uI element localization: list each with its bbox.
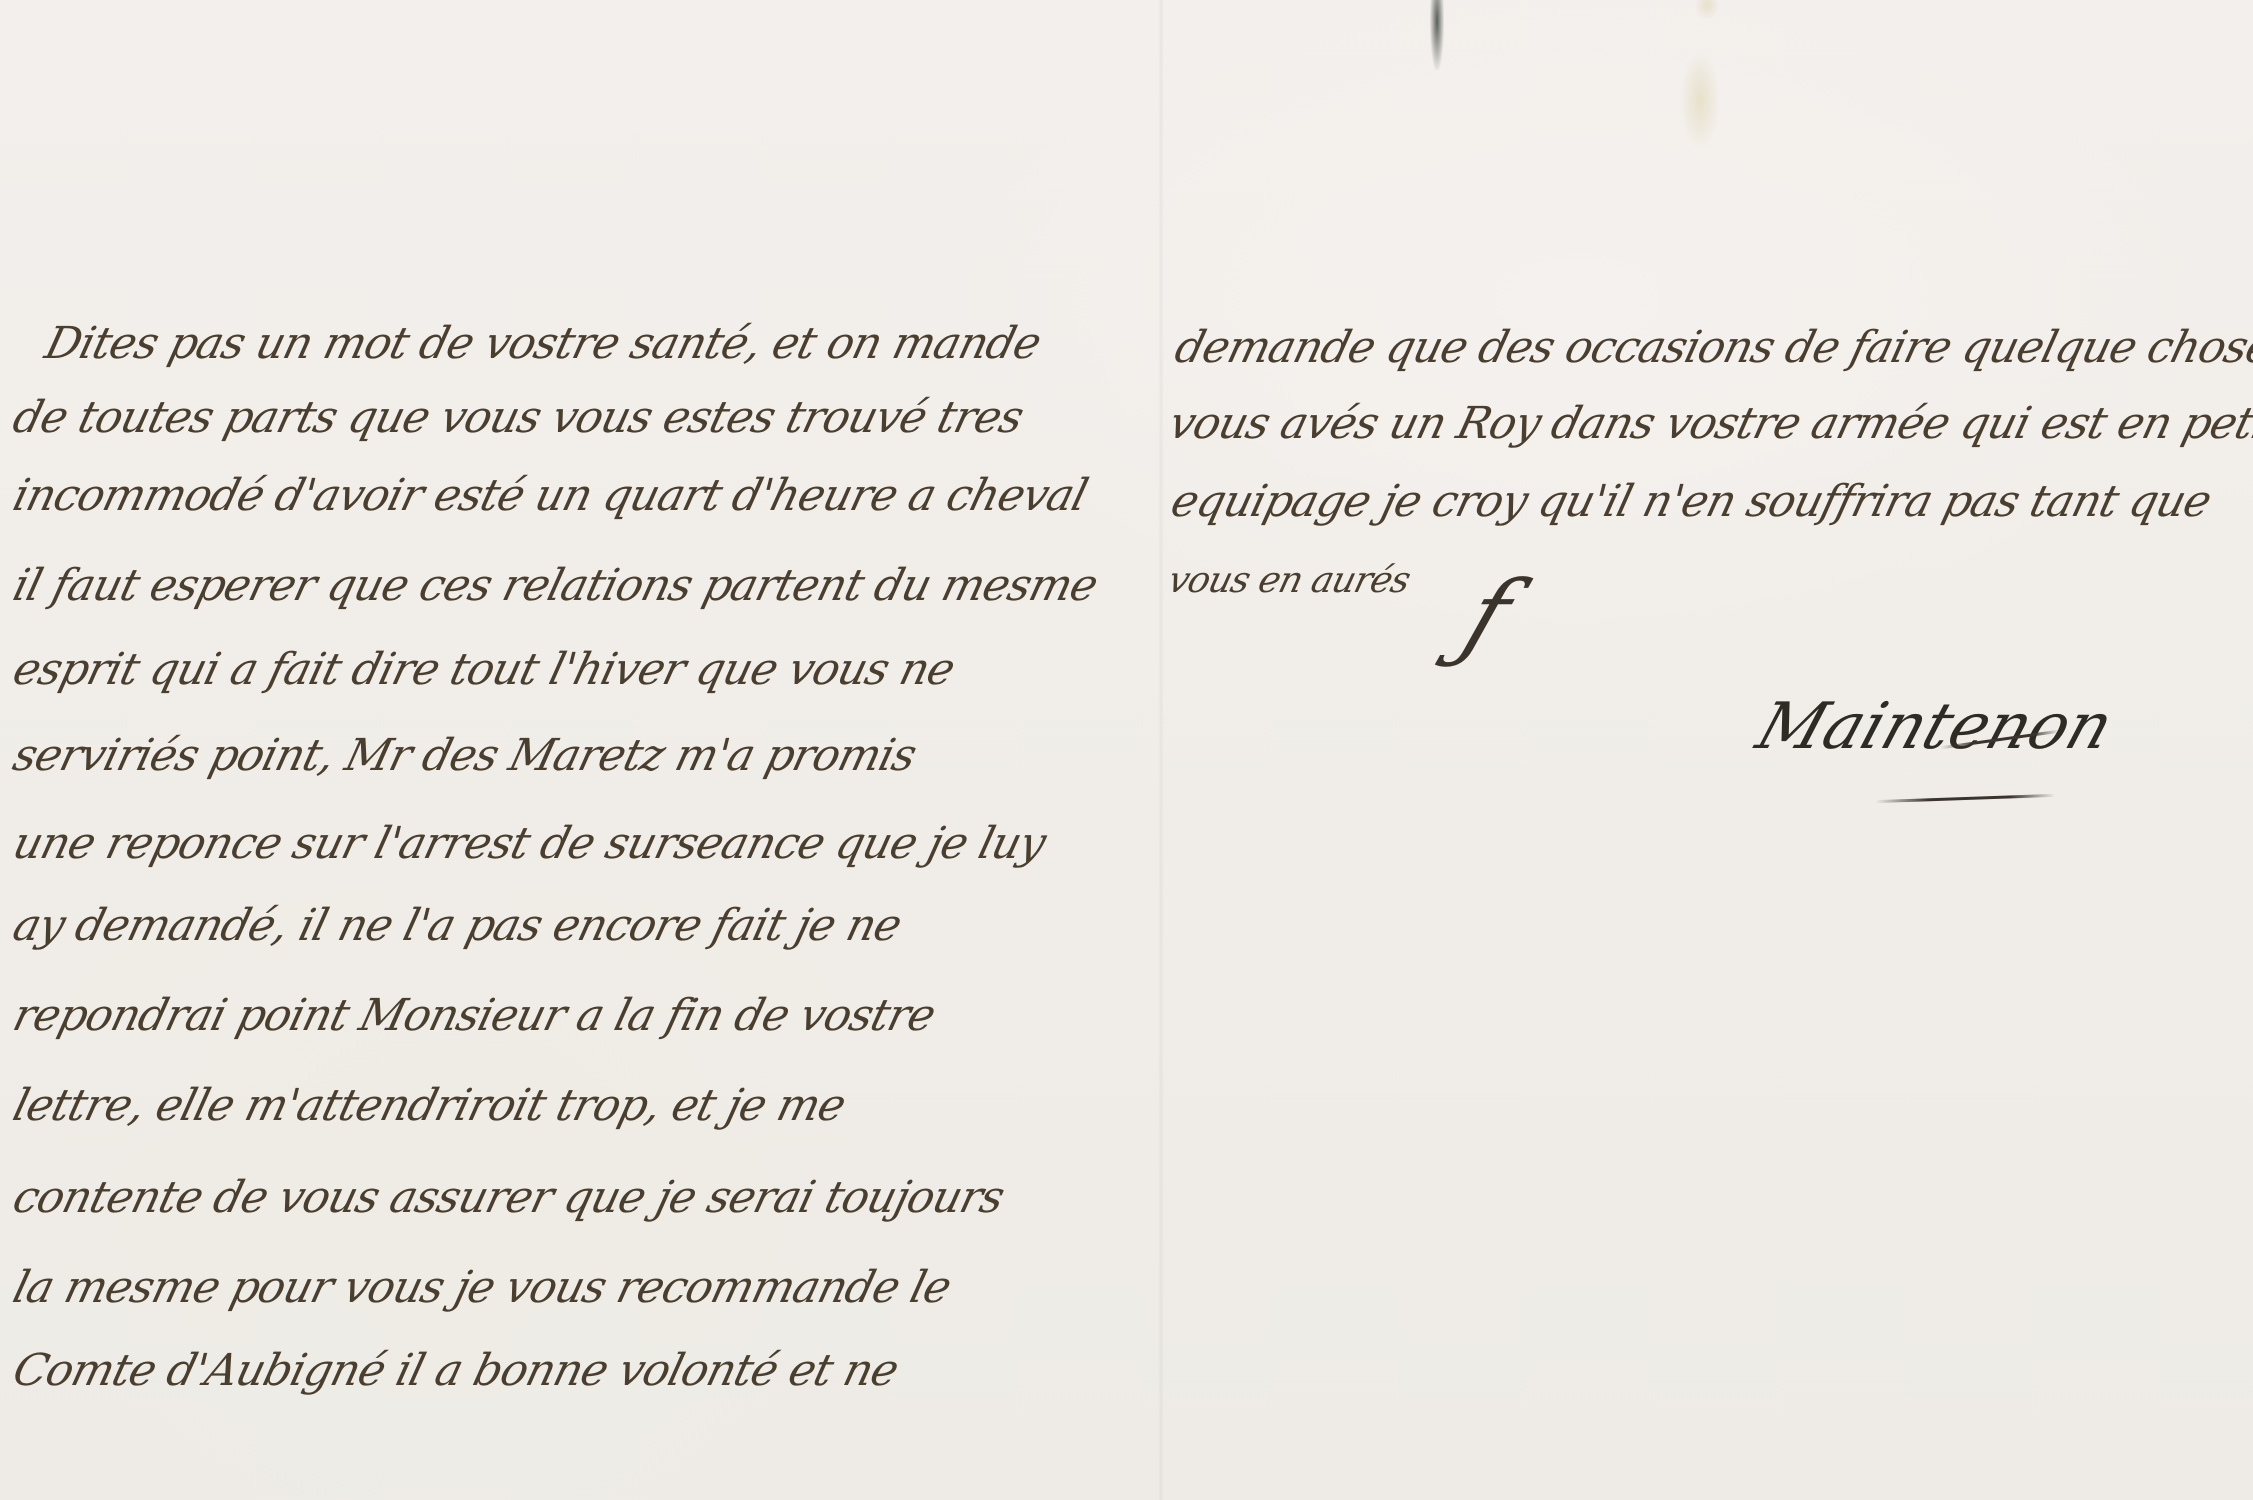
letter-line: incommodé d'avoir esté un quart d'heure …	[8, 470, 1092, 521]
letter-page: Dites pas un mot de vostre santé, et on …	[0, 0, 2253, 1500]
letter-line: serviriés point, Mr des Maretz m'a promi…	[8, 730, 921, 781]
paper-fold-line	[1158, 0, 1164, 1500]
paper-stain-top	[1694, 0, 1720, 20]
paraph-mark: ƒ	[1450, 560, 1526, 672]
letter-line: repondrai point Monsieur a la fin de vos…	[8, 990, 940, 1041]
paper-stain	[1680, 50, 1720, 150]
letter-line: demande que des occasions de faire quelq…	[1170, 322, 2253, 373]
letter-line: ay demandé, il ne l'a pas encore fait je…	[8, 900, 906, 951]
letter-line: contente de vous assurer que je serai to…	[8, 1172, 1009, 1223]
letter-line: vous avés un Roy dans vostre armée qui e…	[1164, 398, 2253, 449]
letter-line: il faut esperer que ces relations parten…	[8, 560, 1102, 611]
letter-line: la mesme pour vous je vous recommande le	[8, 1262, 956, 1313]
signature: Maintenon	[1748, 690, 2122, 764]
letter-line: une reponce sur l'arrest de surseance qu…	[8, 818, 1050, 869]
ink-blot-mark	[1430, 0, 1444, 70]
letter-line: vous en aurés	[1164, 560, 1414, 601]
letter-line: de toutes parts que vous vous estes trou…	[8, 392, 1028, 443]
letter-line: esprit qui a fait dire tout l'hiver que …	[8, 644, 959, 695]
letter-line: Comte d'Aubigné il a bonne volonté et ne	[8, 1345, 903, 1396]
letter-line: lettre, elle m'attendriroit trop, et je …	[8, 1080, 850, 1131]
signature-underline	[1875, 794, 2055, 803]
letter-line: equipage je croy qu'il n'en souffrira pa…	[1166, 476, 2216, 527]
letter-line: Dites pas un mot de vostre santé, et on …	[40, 318, 1046, 369]
